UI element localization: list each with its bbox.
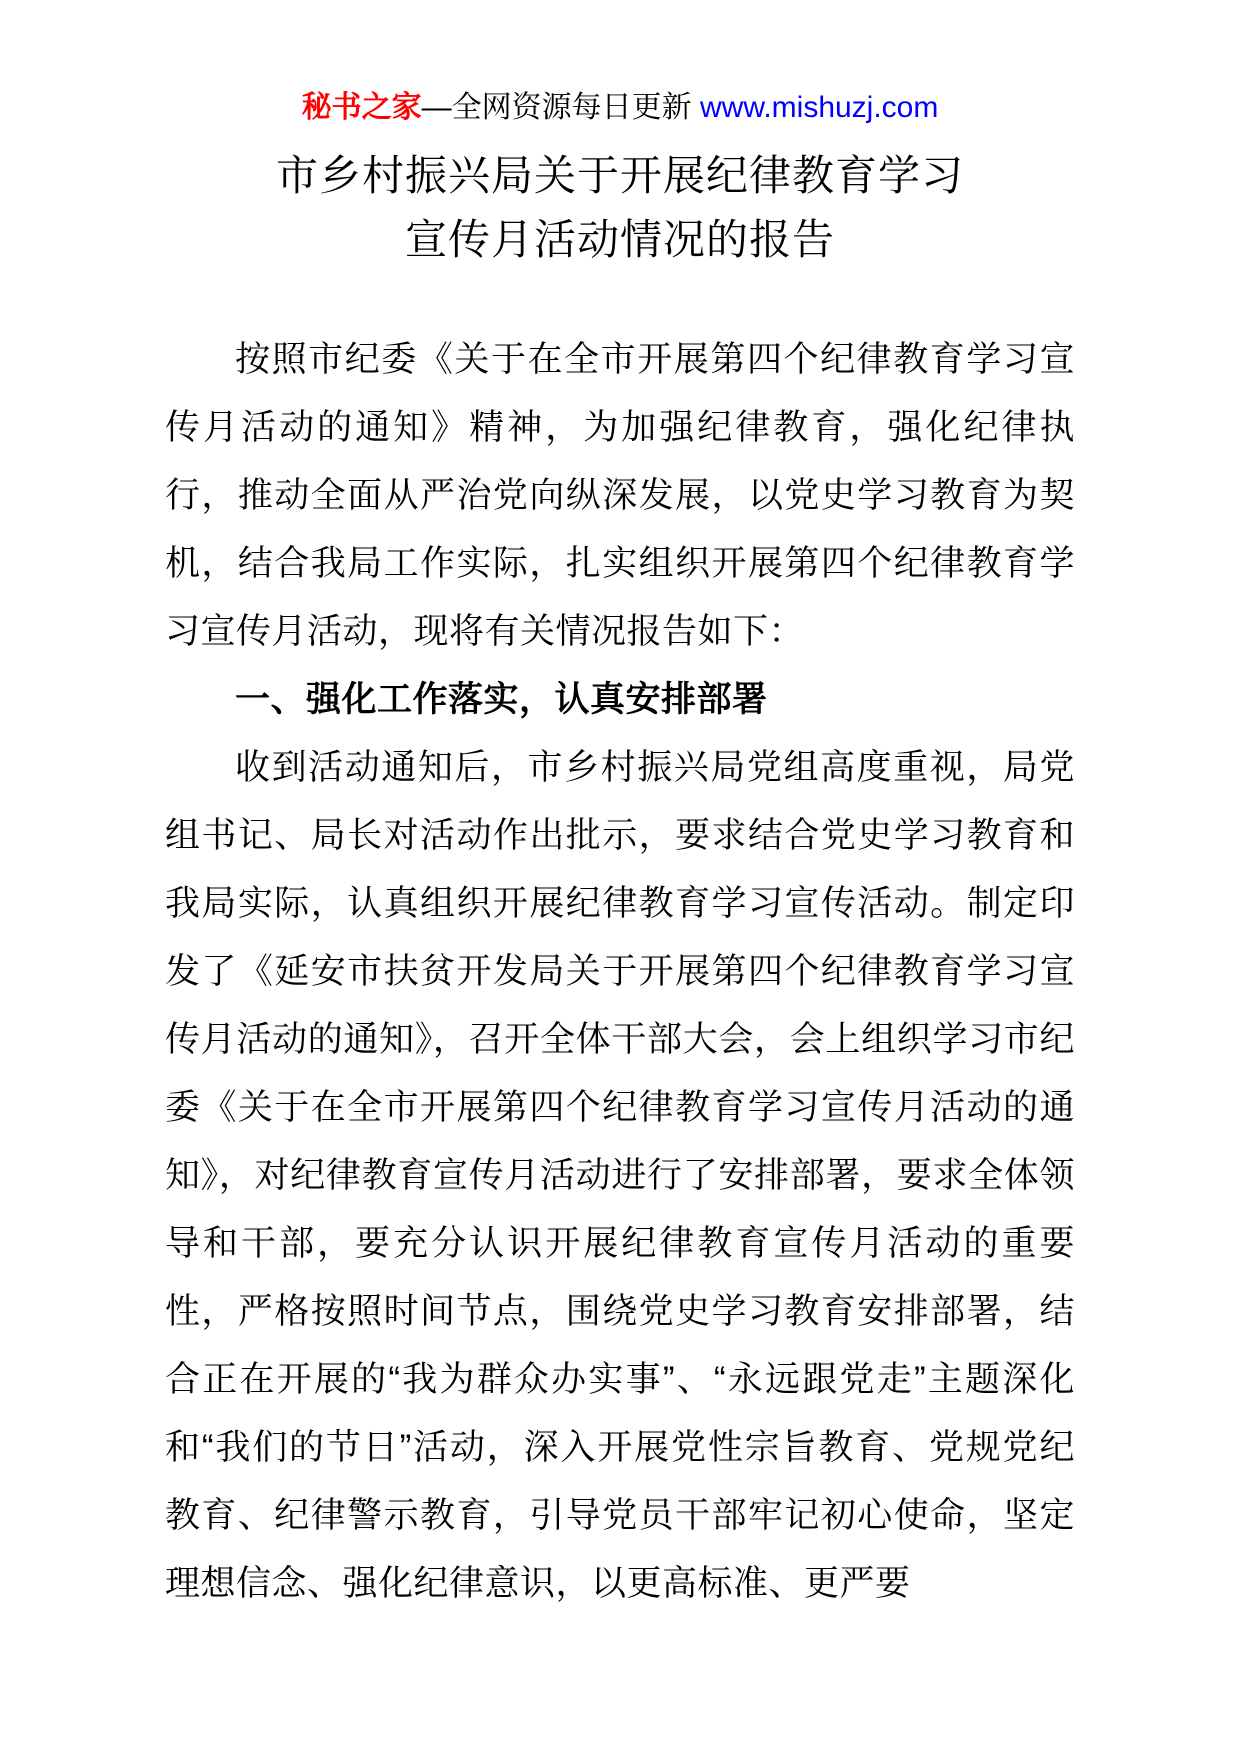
paragraph-intro: 按照市纪委《关于在全市开展第四个纪律教育学习宣传月活动的通知》精神，为加强纪律教… — [165, 326, 1075, 666]
document-title: 市乡村振兴局关于开展纪律教育学习 宣传月活动情况的报告 — [165, 144, 1075, 272]
document-body: 按照市纪委《关于在全市开展第四个纪律教育学习宣传月活动的通知》精神，为加强纪律教… — [165, 326, 1075, 1618]
site-tagline: —全网资源每日更新 — [422, 91, 700, 124]
site-header: 秘书之家—全网资源每日更新 www.mishuzj.com — [165, 88, 1075, 128]
site-url-link[interactable]: www.mishuzj.com — [700, 91, 938, 124]
document-title-line1: 市乡村振兴局关于开展纪律教育学习 — [165, 144, 1075, 208]
paragraph-section-1: 收到活动通知后，市乡村振兴局党组高度重视，局党组书记、局长对活动作出批示，要求结… — [165, 734, 1075, 1618]
section-heading-1: 一、强化工作落实，认真安排部署 — [165, 666, 1075, 734]
document-page: 秘书之家—全网资源每日更新 www.mishuzj.com 市乡村振兴局关于开展… — [0, 0, 1240, 1754]
site-brand: 秘书之家 — [302, 91, 422, 124]
document-title-line2: 宣传月活动情况的报告 — [165, 208, 1075, 272]
